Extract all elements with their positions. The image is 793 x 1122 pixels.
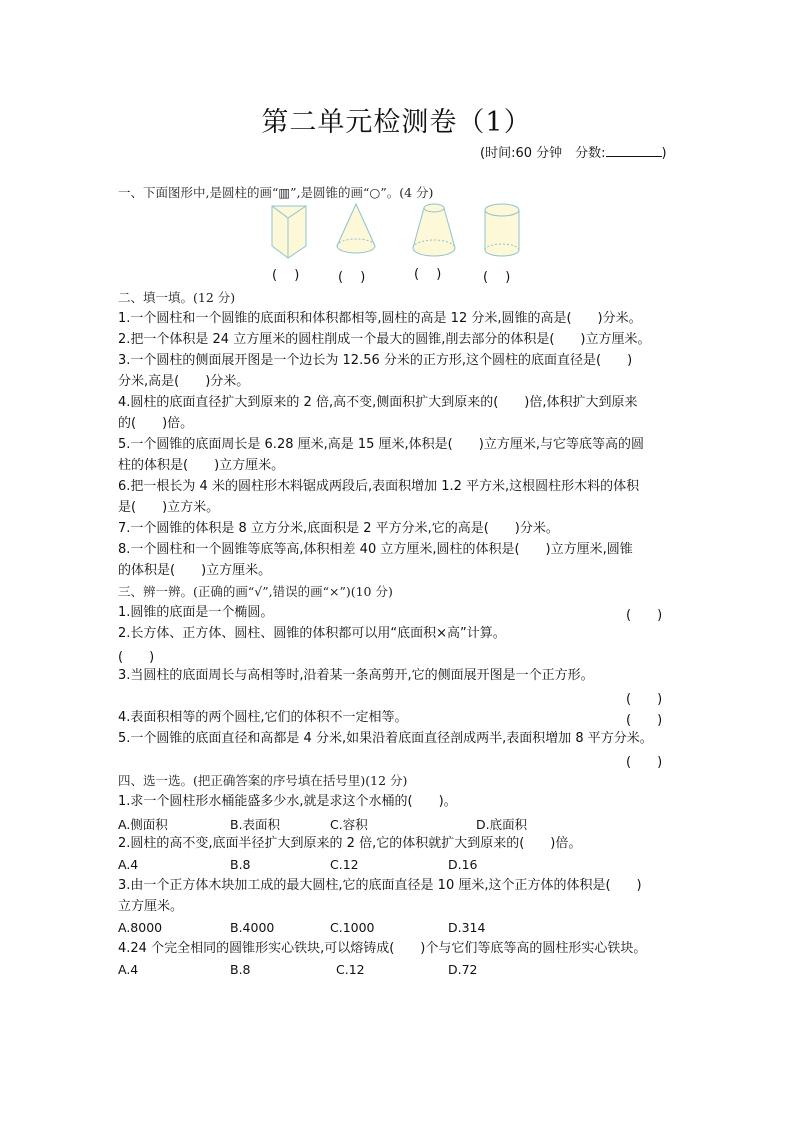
time-score-line: (时间:60 分钟 分数:) [480,142,667,161]
judge-item: 2.长方体、正方体、圆柱、圆锥的体积都可以用“底面积×高”计算。 [118,625,506,643]
section3-heading: 三、辨一辨。(正确的画“√”,错误的画“×”)(10 分) [118,583,393,601]
time-label: (时间:60 分钟 分数: [480,146,606,161]
fill-line: 的( )倍。 [118,415,193,433]
choice-option-c[interactable]: C.1000 [330,920,375,935]
judge-answer-blank[interactable]: ( ) [626,604,662,623]
judge-item: 1.圆锥的底面是一个椭圆。 [118,604,273,622]
fill-line: 的体积是( )立方厘米。 [118,562,271,580]
choice-option-b[interactable]: B.表面积 [230,815,280,833]
answer-blank-prism[interactable]: ( ) [272,264,299,283]
judge-answer-blank[interactable]: ( ) [118,646,154,665]
fill-line: 5.一个圆锥的底面周长是 6.28 厘米,高是 15 厘米,体积是( )立方厘米… [118,436,644,454]
choice-question: 1.求一个圆柱形水桶能盛多少水,就是求这个水桶的( )。 [118,793,457,811]
choice-question: 4.24 个完全相同的圆锥形实心铁块,可以熔铸成( )个与它们等底等高的圆柱形实… [118,940,646,958]
section4-heading: 四、选一选。(把正确答案的序号填在括号里)(12 分) [118,772,407,790]
fill-line: 柱的体积是( )立方厘米。 [118,457,284,475]
choice-question-cont: 立方厘米。 [118,898,183,916]
fill-line: 8.一个圆柱和一个圆锥等底等高,体积相差 40 立方厘米,圆柱的体积是( )立方… [118,541,633,559]
choice-option-d[interactable]: D.72 [448,962,478,977]
choice-option-a[interactable]: A.侧面积 [118,815,168,833]
judge-item: 3.当圆柱的底面周长与高相等时,沿着某一条高剪开,它的侧面展开图是一个正方形。 [118,667,594,685]
section1-heading: 一、下面图形中,是圆柱的画“▥”,是圆锥的画“○”。(4 分) [118,184,433,202]
choice-question: 3.由一个正方体木块加工成的最大圆柱,它的底面直径是 10 厘米,这个正方体的体… [118,877,642,895]
cylinder-figure [482,202,522,262]
choice-option-d[interactable]: D.314 [448,920,485,935]
fill-line: 分米,高是( )分米。 [118,373,249,391]
fill-line: 7.一个圆锥的体积是 8 立方分米,底面积是 2 平方分米,它的高是( )分米。 [118,520,559,538]
judge-item: 5.一个圆锥的底面直径和高都是 4 分米,如果沿着底面直径剖成两半,表面积增加 … [118,730,653,748]
choice-option-c[interactable]: C.12 [330,857,359,872]
triangular-prism-figure [270,202,310,262]
page-title: 第二单元检测卷（1） [0,100,793,139]
choice-option-c[interactable]: C.12 [336,962,365,977]
choice-option-c[interactable]: C.容积 [330,815,368,833]
judge-answer-blank[interactable]: ( ) [626,709,662,728]
fill-line: 2.把一个体积是 24 立方厘米的圆柱削成一个最大的圆锥,削去部分的体积是( )… [118,331,651,349]
choice-option-b[interactable]: B.8 [230,857,251,872]
fill-line: 3.一个圆柱的侧面展开图是一个边长为 12.56 分米的正方形,这个圆柱的底面直… [118,352,632,370]
score-blank[interactable] [606,144,662,157]
frustum-figure [410,202,458,264]
choice-option-a[interactable]: A.8000 [118,920,162,935]
choice-option-a[interactable]: A.4 [118,962,138,977]
exam-page: 第二单元检测卷（1） (时间:60 分钟 分数:) 一、下面图形中,是圆柱的画“… [0,0,793,1122]
answer-blank-frustum[interactable]: ( ) [414,263,441,282]
choice-question: 2.圆柱的高不变,底面半径扩大到原来的 2 倍,它的体积就扩大到原来的( )倍。 [118,835,581,853]
section2-heading: 二、填一填。(12 分) [118,289,235,307]
answer-blank-cylinder[interactable]: ( ) [483,266,510,285]
fill-line: 4.圆柱的底面直径扩大到原来的 2 倍,高不变,侧面积扩大到原来的( )倍,体积… [118,394,637,412]
choice-option-a[interactable]: A.4 [118,857,138,872]
choice-option-b[interactable]: B.4000 [230,920,274,935]
fill-line: 1.一个圆柱和一个圆锥的底面积和体积都相等,圆柱的高是 12 分米,圆锥的高是(… [118,310,642,328]
answer-blank-cone[interactable]: ( ) [338,266,365,285]
judge-answer-blank[interactable]: ( ) [626,751,662,770]
fill-line: 6.把一根长为 4 米的圆柱形木料锯成两段后,表面积增加 1.2 平方米,这根圆… [118,478,639,496]
choice-option-b[interactable]: B.8 [230,962,251,977]
judge-answer-blank[interactable]: ( ) [626,688,662,707]
choice-option-d[interactable]: D.底面积 [476,815,527,833]
fill-line: 是( )立方米。 [118,499,219,517]
cone-figure [334,202,380,262]
choice-option-d[interactable]: D.16 [448,857,478,872]
judge-item: 4.表面积相等的两个圆柱,它们的体积不一定相等。 [118,709,408,727]
time-close: ) [662,146,667,161]
